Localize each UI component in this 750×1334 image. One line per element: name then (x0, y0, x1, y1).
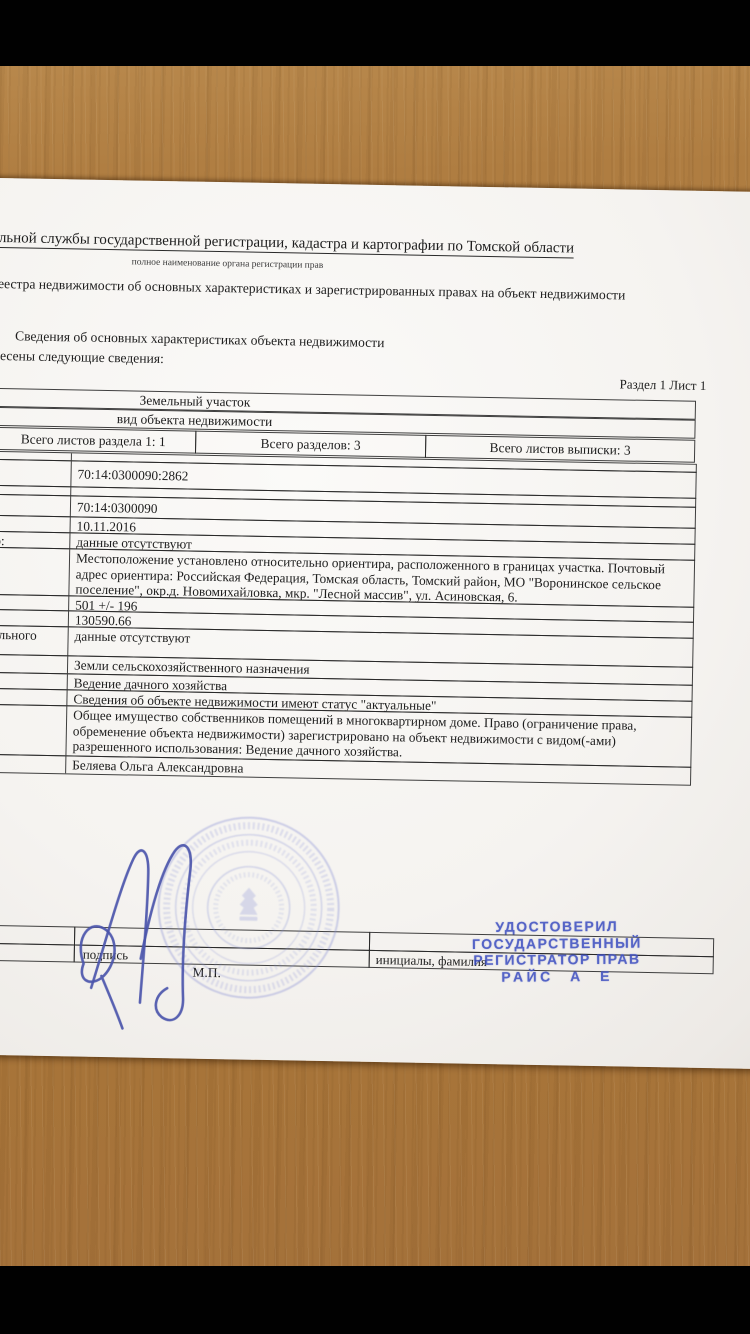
authority-caption: полное наименование органа регистрации п… (96, 257, 358, 272)
object-type-value: Земельный участок (139, 393, 250, 411)
object-type-caption: вид объекта недвижимости (117, 411, 273, 430)
sheets-section-count: Всего листов раздела 1: 1 (21, 431, 166, 450)
sheets-cell-1: Всего листов раздела 1: 1 (0, 426, 196, 454)
photo-of-egrn-extract: льной службы государственной регистрации… (0, 0, 750, 1334)
sheets-cell-2: Всего разделов: 3 (195, 431, 426, 458)
signature (60, 835, 259, 1039)
section-title: Сведения об основных характеристиках объ… (15, 328, 385, 351)
document-content: льной службы государственной регистрации… (0, 178, 1, 179)
registry-title-line: еестра недвижимости об основных характер… (0, 276, 625, 303)
extract-sheets-count: Всего листов выписки: 3 (489, 440, 630, 459)
section-sheet-number: Раздел 1 Лист 1 (456, 373, 706, 394)
entered-records-line: несены следующие сведения: (0, 348, 164, 367)
bottom-black-bar (0, 1266, 750, 1334)
sections-count: Всего разделов: 3 (260, 436, 360, 454)
document-paper: льной службы государственной регистрации… (0, 177, 750, 1071)
stamp-line-2: ГОСУДАРСТВЕННЫЙ (438, 934, 676, 952)
authority-name-line: льной службы государственной регистрации… (0, 230, 574, 258)
top-black-bar (0, 0, 750, 66)
stamp-registrar-name: РАЙС А Е (438, 967, 676, 985)
stamp-line-1: УДОСТОВЕРИЛ (438, 917, 676, 935)
registrar-stamp: УДОСТОВЕРИЛ ГОСУДАРСТВЕННЫЙ РЕГИСТРАТОР … (438, 917, 677, 985)
stamp-line-3: РЕГИСТРАТОР ПРАВ (438, 950, 676, 968)
